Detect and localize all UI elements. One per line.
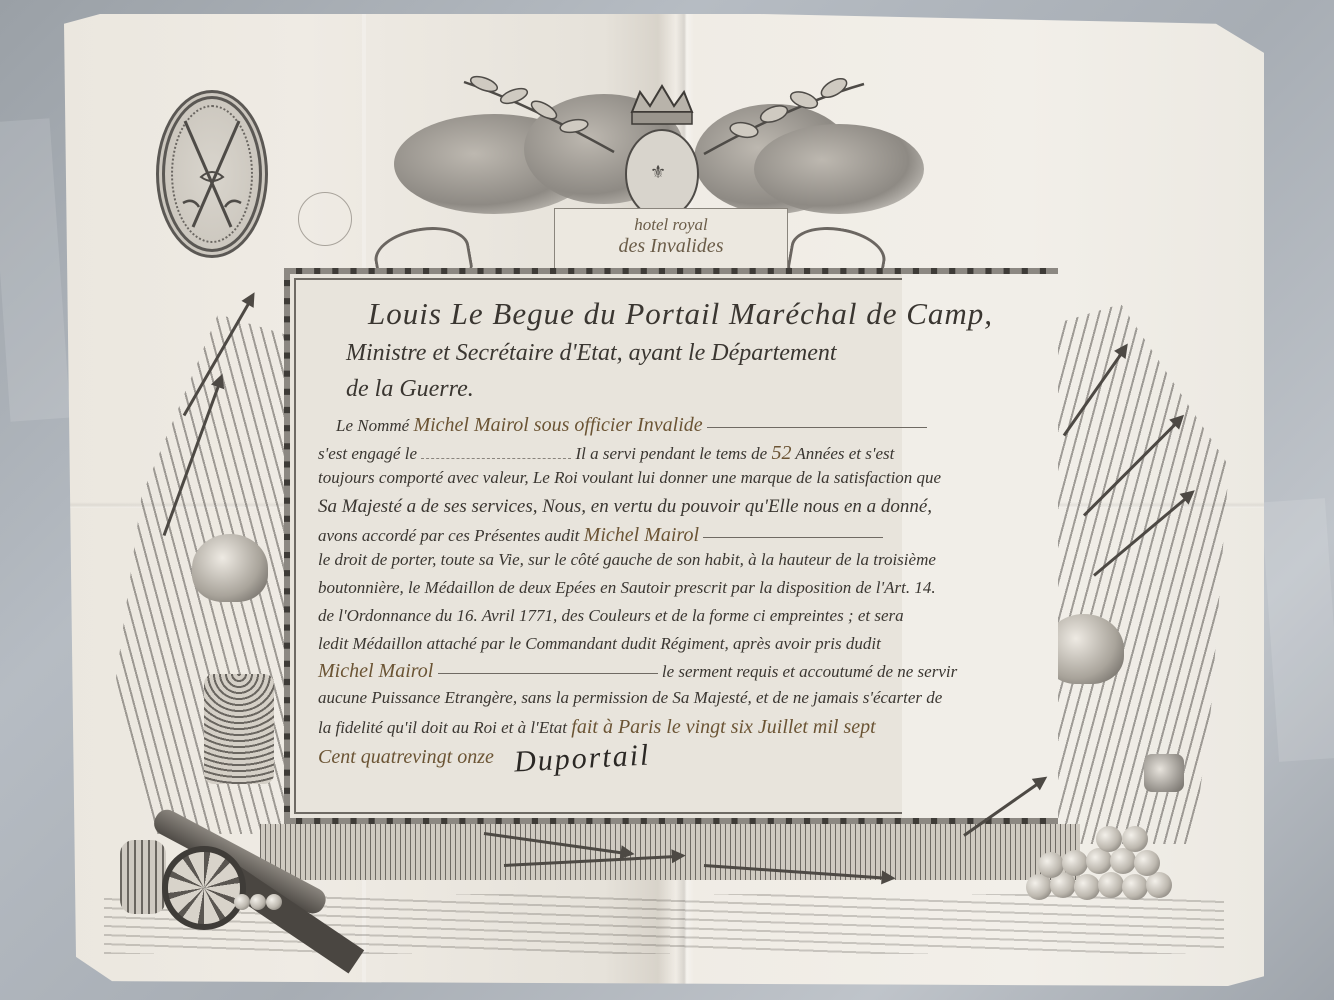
cannon-wheel-icon: [162, 846, 246, 930]
handwritten-name: Michel Mairol sous officier Invalide: [413, 414, 702, 436]
handwritten-years: 52: [771, 442, 791, 464]
handwritten-name-3: Michel Mairol: [318, 660, 433, 682]
heading-line-3: de la Guerre.: [346, 376, 474, 403]
body-line-7: boutonnière, le Médaillon de deux Epées …: [318, 578, 936, 598]
royal-crest: ⚜: [394, 54, 914, 214]
heading-line-1: Louis Le Begue du Portail Maréchal de Ca…: [368, 296, 993, 332]
plumed-helmet-left-icon: [192, 534, 268, 602]
frame-base-pedestal: [260, 824, 1080, 880]
handwritten-date: fait à Paris le vingt six Juillet mil se…: [571, 716, 875, 738]
body-line-12: la fidelité qu'il doit au Roi et à l'Eta…: [318, 716, 876, 739]
body-line-3: toujours comporté avec valeur, Le Roi vo…: [318, 468, 941, 488]
body-line-5: avons accordé par ces Présentes audit Mi…: [318, 524, 883, 547]
weapon-trophy-right: [1049, 304, 1229, 844]
body-line-2: s'est engagé le Il a servi pendant le te…: [318, 442, 894, 465]
body-line-1: Le Nommé Michel Mairol sous officier Inv…: [336, 414, 927, 437]
body-line-4: Sa Majesté a de ses services, Nous, en v…: [318, 496, 932, 518]
signature: Duportail: [513, 738, 651, 779]
certificate-sheet: ⚜ hotel royal des Invalides Louis Le Beg…: [64, 14, 1264, 986]
cartouche-line-2: des Invalides: [555, 235, 787, 258]
institution-cartouche: hotel royal des Invalides: [554, 208, 788, 270]
mortar-icon: [1144, 754, 1184, 792]
body-line-6: le droit de porter, toute sa Vie, sur le…: [318, 550, 936, 570]
heading-line-2: Ministre et Secrétaire d'Etat, ayant le …: [346, 340, 837, 367]
handwritten-name-2: Michel Mairol: [584, 524, 699, 546]
powder-barrel-icon: [120, 840, 166, 914]
crossed-swords-medallion-icon: [156, 90, 268, 258]
crown-icon: ⚜: [394, 54, 914, 214]
body-line-8: de l'Ordonnance du 16. Avril 1771, des C…: [318, 606, 904, 626]
cartouche-line-1: hotel royal: [555, 215, 787, 235]
photo-background: { "document": { "type": "Royal certifica…: [0, 0, 1334, 1000]
body-line-10: Michel Mairol le serment requis et accou…: [318, 660, 957, 683]
svg-text:⚜: ⚜: [650, 162, 666, 182]
body-line-11: aucune Puissance Etrangère, sans la perm…: [318, 688, 942, 708]
handwritten-year: Cent quatrevingt onze: [318, 746, 494, 768]
seal-circle: [298, 192, 352, 246]
body-line-9: ledit Médaillon attaché par le Commandan…: [318, 634, 881, 654]
chainmail-armor-icon: [204, 674, 274, 784]
body-line-13: Cent quatrevingt onze: [318, 746, 494, 769]
